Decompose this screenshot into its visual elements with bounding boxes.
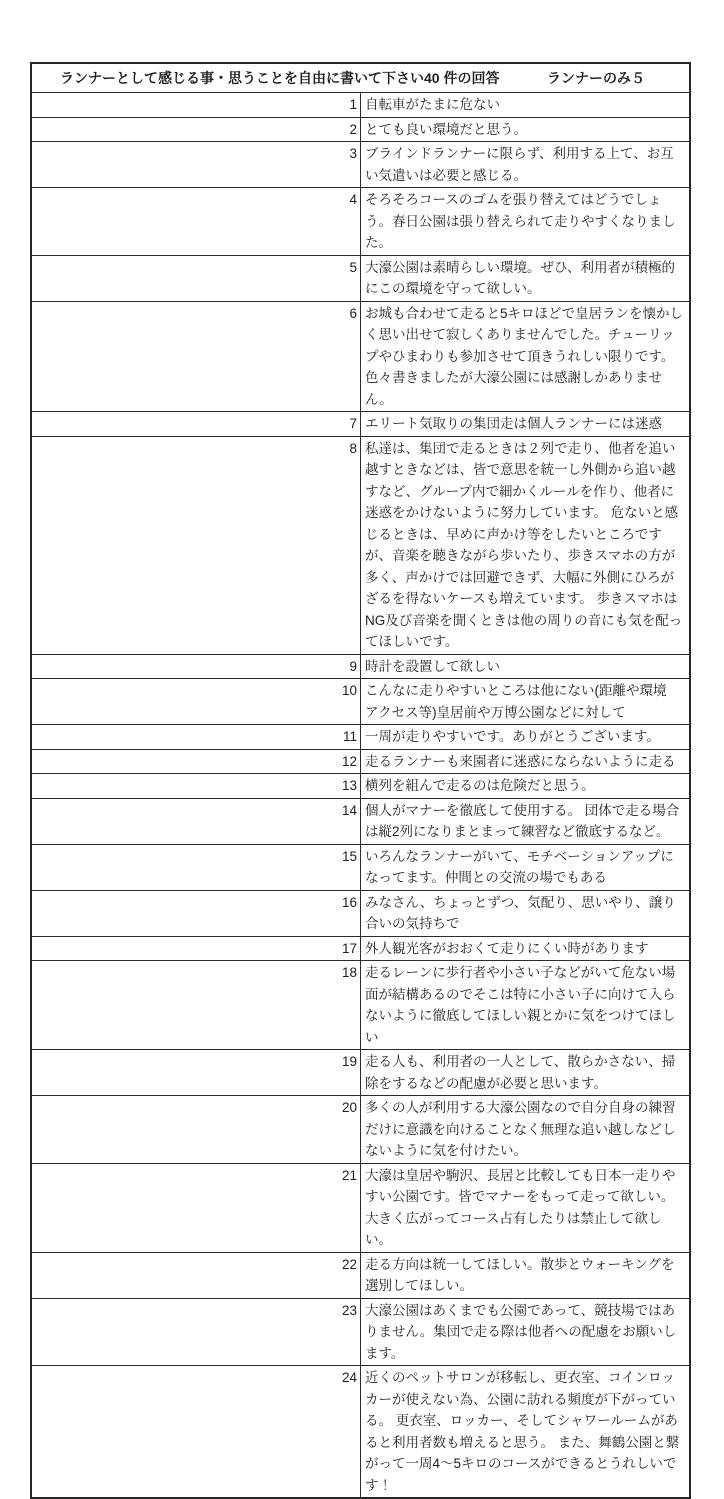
- table-row: 23 大濠公園はあくまでも公園であって、競技場ではありません。集団で走る際は他者…: [31, 1298, 690, 1366]
- row-text: エリート気取りの集団走は個人ランナーには迷惑: [361, 412, 691, 437]
- table-row: 24 近くのペットサロンが移転し、更衣室、コインロッカーが使えない為、公園に訪れ…: [31, 1366, 690, 1499]
- row-number: 16: [31, 890, 361, 936]
- respondent-group-label: ランナーのみ５: [535, 68, 645, 88]
- row-text: こんなに走りやすいところは他にない(距離や環境 アクセス等)皇居前や万博公園など…: [361, 679, 691, 725]
- row-text: 走るレーンに歩行者や小さい子などがいて危ない場面が結構あるのでそこは特に小さい子…: [361, 961, 691, 1050]
- table-row: 11 一周が走りやすいです。ありがとうございます。: [31, 725, 690, 750]
- row-text: ブラインドランナーに限らず、利用する上て、お互い気遣いは必要と感じる。: [361, 142, 691, 188]
- row-number: 2: [31, 117, 361, 142]
- row-text: 走る人も、利用者の一人として、散らかさない、掃除をするなどの配慮が必要と思います…: [361, 1050, 691, 1096]
- row-text: 大濠公園は素晴らしい環境。ぜひ、利用者が積極的にこの環境を守って欲しい。: [361, 255, 691, 301]
- row-text: 走る方向は統一してほしい。散歩とウォーキングを選別してほしい。: [361, 1252, 691, 1298]
- row-number: 6: [31, 301, 361, 412]
- table-row: 9 時計を設置して欲しい: [31, 654, 690, 679]
- row-number: 17: [31, 936, 361, 961]
- row-number: 8: [31, 436, 361, 654]
- row-number: 15: [31, 844, 361, 890]
- table-row: 6 お城も合わせて走ると5キロほどで皇居ランを懐かしく思い出せて寂しくありません…: [31, 301, 690, 412]
- table-row: 13 横列を組んで走るのは危険だと思う。: [31, 774, 690, 799]
- row-number: 18: [31, 961, 361, 1050]
- table-row: 12 走るランナーも来園者に迷惑にならないように走る: [31, 749, 690, 774]
- row-number: 11: [31, 725, 361, 750]
- row-text: 大濠は皇居や駒沢、長居と比較しても日本一走りやすい公園です。皆でマナーをもって走…: [361, 1163, 691, 1252]
- table-row: 3 ブラインドランナーに限らず、利用する上て、お互い気遣いは必要と感じる。: [31, 142, 690, 188]
- table-row: 2 とても良い環境だと思う。: [31, 117, 690, 142]
- row-number: 22: [31, 1252, 361, 1298]
- row-text: いろんなランナーがいて、モチベーションアップになってます。仲間との交流の場でもあ…: [361, 844, 691, 890]
- row-number: 19: [31, 1050, 361, 1096]
- row-number: 7: [31, 412, 361, 437]
- row-number: 21: [31, 1163, 361, 1252]
- table-row: 1 自転車がたまに危ない: [31, 93, 690, 118]
- table-row: 4 そろそろコースのゴムを張り替えてはどうでしょう。春日公園は張り替えられて走り…: [31, 188, 690, 256]
- row-text: みなさん、ちょっとずつ、気配り、思いやり、譲り合いの気持ちで: [361, 890, 691, 936]
- row-number: 4: [31, 188, 361, 256]
- document-page: ランナーとして感じる事・思うことを自由に書いて下さい40 件の回答 ランナーのみ…: [0, 0, 724, 1024]
- table-row: 15 いろんなランナーがいて、モチベーションアップになってます。仲間との交流の場…: [31, 844, 690, 890]
- survey-question-title: ランナーとして感じる事・思うことを自由に書いて下さい40 件の回答: [60, 68, 499, 88]
- row-number: 1: [31, 93, 361, 118]
- row-number: 14: [31, 798, 361, 844]
- row-text: 近くのペットサロンが移転し、更衣室、コインロッカーが使えない為、公園に訪れる頻度…: [361, 1366, 691, 1499]
- row-number: 24: [31, 1366, 361, 1499]
- row-text: お城も合わせて走ると5キロほどで皇居ランを懐かしく思い出せて寂しくありませんでし…: [361, 301, 691, 412]
- row-text: 走るランナーも来園者に迷惑にならないように走る: [361, 749, 691, 774]
- row-text: 私達は、集団で走るときは２列で走り、他者を追い越すときなどは、皆で意思を統一し外…: [361, 436, 691, 654]
- table-row: 16 みなさん、ちょっとずつ、気配り、思いやり、譲り合いの気持ちで: [31, 890, 690, 936]
- table-row: 5 大濠公園は素晴らしい環境。ぜひ、利用者が積極的にこの環境を守って欲しい。: [31, 255, 690, 301]
- row-text: 多くの人が利用する大濠公園なので自分自身の練習だけに意識を向けることなく無理な追…: [361, 1096, 691, 1164]
- table-row: 17 外人観光客がおおくて走りにくい時があります: [31, 936, 690, 961]
- table-row: 8 私達は、集団で走るときは２列で走り、他者を追い越すときなどは、皆で意思を統一…: [31, 436, 690, 654]
- row-number: 12: [31, 749, 361, 774]
- row-number: 9: [31, 654, 361, 679]
- row-number: 3: [31, 142, 361, 188]
- responses-table: ランナーとして感じる事・思うことを自由に書いて下さい40 件の回答 ランナーのみ…: [30, 62, 691, 1499]
- row-text: 横列を組んで走るのは危険だと思う。: [361, 774, 691, 799]
- row-text: 時計を設置して欲しい: [361, 654, 691, 679]
- table-row: 20 多くの人が利用する大濠公園なので自分自身の練習だけに意識を向けることなく無…: [31, 1096, 690, 1164]
- table-row: 18 走るレーンに歩行者や小さい子などがいて危ない場面が結構あるのでそこは特に小…: [31, 961, 690, 1050]
- row-text: 大濠公園はあくまでも公園であって、競技場ではありません。集団で走る際は他者への配…: [361, 1298, 691, 1366]
- row-text: そろそろコースのゴムを張り替えてはどうでしょう。春日公園は張り替えられて走りやす…: [361, 188, 691, 256]
- table-row: 10 こんなに走りやすいところは他にない(距離や環境 アクセス等)皇居前や万博公…: [31, 679, 690, 725]
- table-header-row: ランナーとして感じる事・思うことを自由に書いて下さい40 件の回答 ランナーのみ…: [31, 63, 690, 93]
- row-number: 13: [31, 774, 361, 799]
- row-text: 一周が走りやすいです。ありがとうございます。: [361, 725, 691, 750]
- row-number: 10: [31, 679, 361, 725]
- row-number: 20: [31, 1096, 361, 1164]
- row-text: 自転車がたまに危ない: [361, 93, 691, 118]
- table-row: 14 個人がマナーを徹底して使用する。 団体で走る場合は縦2列になりまとまって練…: [31, 798, 690, 844]
- table-row: 7 エリート気取りの集団走は個人ランナーには迷惑: [31, 412, 690, 437]
- table-header: ランナーとして感じる事・思うことを自由に書いて下さい40 件の回答 ランナーのみ…: [31, 63, 690, 93]
- table-row: 19 走る人も、利用者の一人として、散らかさない、掃除をするなどの配慮が必要と思…: [31, 1050, 690, 1096]
- row-number: 23: [31, 1298, 361, 1366]
- row-text: とても良い環境だと思う。: [361, 117, 691, 142]
- table-row: 22 走る方向は統一してほしい。散歩とウォーキングを選別してほしい。: [31, 1252, 690, 1298]
- table-row: 21 大濠は皇居や駒沢、長居と比較しても日本一走りやすい公園です。皆でマナーをも…: [31, 1163, 690, 1252]
- row-text: 個人がマナーを徹底して使用する。 団体で走る場合は縦2列になりまとまって練習など…: [361, 798, 691, 844]
- row-text: 外人観光客がおおくて走りにくい時があります: [361, 936, 691, 961]
- row-number: 5: [31, 255, 361, 301]
